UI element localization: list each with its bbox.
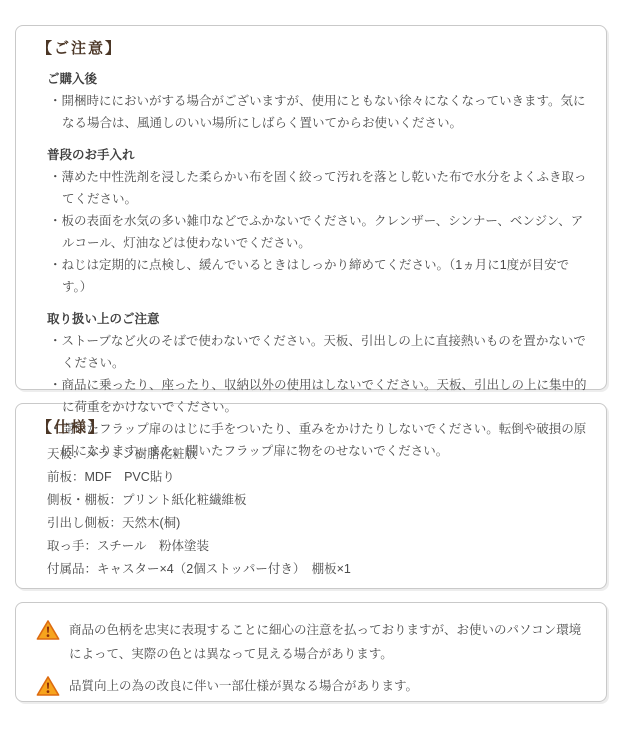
notice-item: ・ストーブなど火のそばで使わないでください。天板、引出しの上に直接熱いものを置か…: [49, 330, 592, 374]
spec-row-accessories: 付属品：キャスター×4（2個ストッパー付き） 棚板×1: [47, 558, 592, 581]
notice-item: ・板の表面を水気の多い雑巾などでふかないでください。クレンザー、シンナー、ベンジ…: [49, 210, 592, 254]
notice-section-heading: ご購入後: [47, 71, 592, 87]
warning-item-spec-change: 品質向上の為の改良に伴い一部仕様が異なる場合があります。: [36, 674, 592, 698]
notice-item: ・薄めた中性洗剤を浸した柔らかい布を固く絞って汚れを落とし乾いた布で水分をよくふ…: [49, 166, 592, 210]
notice-item: ・開梱時ににおいがする場合がございますが、使用にともない徐々になくなっていきます…: [49, 90, 592, 134]
warning-icon: [36, 619, 60, 641]
notice-section-daily-care: 普段のお手入れ ・薄めた中性洗剤を浸した柔らかい布を固く絞って汚れを落とし乾いた…: [37, 147, 592, 298]
notice-item: ・ねじは定期的に点検し、緩んでいるときはしっかり締めてください。（1ヵ月に1度が…: [49, 254, 592, 298]
notice-section-after-purchase: ご購入後 ・開梱時ににおいがする場合がございますが、使用にともない徐々になくなっ…: [37, 71, 592, 134]
product-info-page: 【ご注意】 ご購入後 ・開梱時ににおいがする場合がございますが、使用にともない徐…: [0, 0, 625, 730]
warning-text: 商品の色柄を忠実に表現することに細心の注意を払っておりますが、お使いのパソコン環…: [69, 618, 589, 666]
notice-section-handling: 取り扱い上のご注意 ・ストーブなど火のそばで使わないでください。天板、引出しの上…: [37, 311, 592, 462]
spec-row-drawer-side-panel: 引出し側板：天然木(桐): [47, 512, 592, 535]
notice-section-heading: 普段のお手入れ: [47, 147, 592, 163]
notice-box: 【ご注意】 ご購入後 ・開梱時ににおいがする場合がございますが、使用にともない徐…: [15, 25, 607, 390]
spec-row-handle: 取っ手：スチール 粉体塗装: [47, 535, 592, 558]
specs-list: 天板：メラミン樹脂化粧版 前板：MDF PVC貼り 側板・棚板：プリント紙化粧繊…: [37, 443, 592, 581]
warning-item-color: 商品の色柄を忠実に表現することに細心の注意を払っておりますが、お使いのパソコン環…: [36, 618, 592, 666]
notice-title: 【ご注意】: [37, 39, 592, 58]
warning-text: 品質向上の為の改良に伴い一部仕様が異なる場合があります。: [69, 674, 418, 698]
spec-row-front-panel: 前板：MDF PVC貼り: [47, 466, 592, 489]
warning-icon: [36, 675, 60, 697]
warnings-box: 商品の色柄を忠実に表現することに細心の注意を払っておりますが、お使いのパソコン環…: [15, 602, 607, 702]
notice-section-heading: 取り扱い上のご注意: [47, 311, 592, 327]
spec-row-side-shelf-panel: 側板・棚板：プリント紙化粧繊維板: [47, 489, 592, 512]
